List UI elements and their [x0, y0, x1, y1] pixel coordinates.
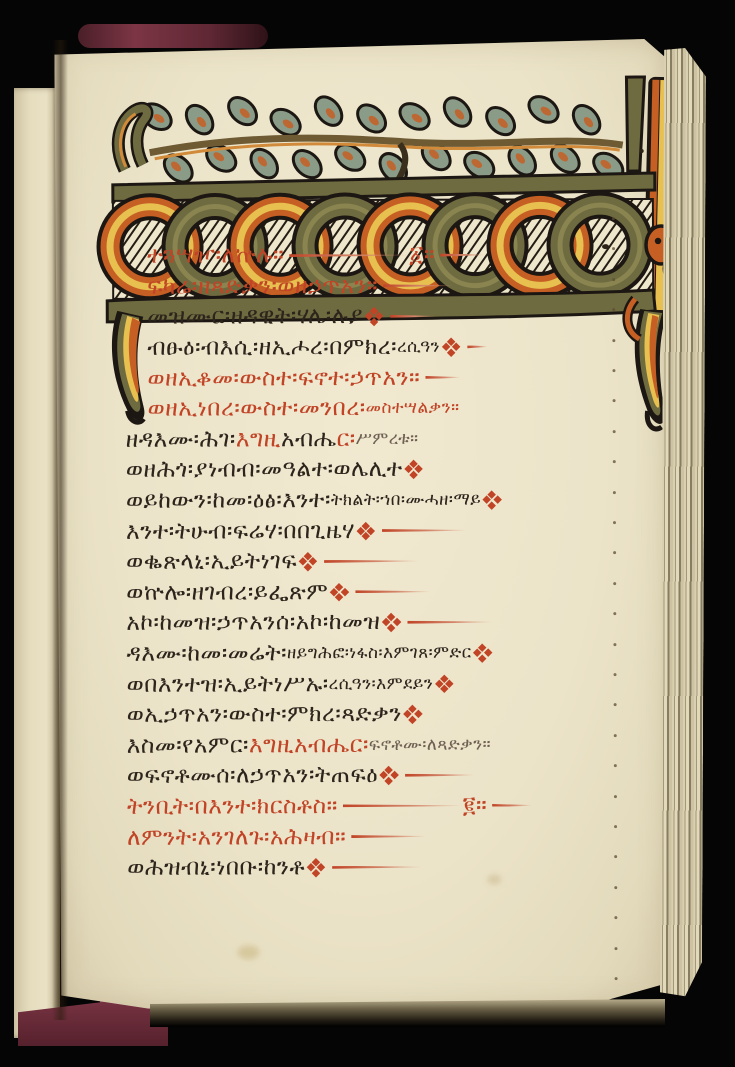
text-line: ወፍኖቶሙሰ፡ለኃጥአን፡ትጠፍዕ — [127, 759, 689, 792]
cross-separator-icon — [358, 523, 374, 539]
red-flourish-stroke — [324, 560, 419, 563]
pricking-hole — [614, 886, 617, 889]
leaflet — [589, 148, 628, 184]
text-line: አኮ፡ከመዝ፡ኃጥአንሰ፡አኮ፡ከመዝ — [126, 606, 688, 639]
pricking-hole — [614, 673, 617, 676]
text-line: ብፁዕ፡ብእሲ፡ዘኢሖረ፡በምክረ፡ረሲዓን — [125, 331, 687, 364]
pricking-hole — [612, 339, 615, 342]
leaflet — [546, 140, 584, 178]
text-line: ወይከውን፡ከመ፡ዕፅ፡እንተ፡ትክልት፡ኀበ፡ሙሓዘ፡ማይ — [126, 484, 688, 517]
text-line: ዘዳእሙ፡ሕገ፡እግዚአብሔር፡ሥምረቱ። — [126, 422, 688, 455]
text-line: እስመ፡የአምር፡እግዚአብሔር፡ፍኖቶሙ፡ለጻድቃን። — [127, 728, 689, 761]
red-flourish-stroke — [351, 835, 426, 838]
cross-separator-icon — [436, 675, 452, 691]
cross-separator-icon — [443, 339, 459, 355]
manuscript-photo-stage: 5 ተጓሣዦ፡ለኵሉ።፩።ፍካሬ፡ዘጻድቃን፡ወዘኃጥአን።መዝሙር፡ዘዳዊት፡… — [0, 0, 735, 1067]
leaflet — [331, 139, 370, 175]
text-line: መዝሙር፡ዘዳዊት፡ሃሌ፡ሉያ — [125, 300, 687, 333]
leaflet — [395, 98, 434, 134]
red-flourish-stroke — [382, 529, 467, 532]
leaflet — [266, 104, 305, 140]
text-line: ወቈጽላኒ፡ኢይትነገፍ — [126, 545, 688, 578]
red-flourish-stroke — [332, 865, 422, 868]
text-line: ወበእንተዝ፡ኢይትነሥኡ፡ረሲዓን፡እምደይን — [127, 667, 689, 700]
leaflet — [417, 137, 455, 175]
text-line: ወዘኢቆመ፡ውስተ፡ፍኖተ፡ኃጥአን። — [125, 361, 687, 394]
text-segment: እግዚአብሔር፡ — [249, 732, 369, 758]
text-segment: ወኵሎ፡ዘገብረ፡ይፌጽም — [126, 579, 328, 606]
text-line: እንተ፡ትሁብ፡ፍሬሃ፡በበጊዜሃ — [126, 514, 688, 547]
parchment-stain — [237, 945, 259, 959]
pricking-hole — [614, 947, 617, 950]
cross-separator-icon — [484, 492, 500, 508]
pricking-hole — [613, 521, 616, 524]
text-segment: እግዚ — [236, 426, 281, 452]
cross-separator-icon — [381, 767, 397, 783]
text-segment: ረሲዓን — [397, 337, 440, 357]
red-flourish-stroke — [467, 345, 487, 348]
leaf-frond — [137, 91, 628, 188]
text-segment: ወኢኃጥአን፡ውስተ፡ምክረ፡ጻድቃን — [127, 701, 402, 728]
pricking-hole — [612, 369, 615, 372]
leaflet — [223, 92, 261, 130]
leaflet — [504, 141, 541, 180]
pricking-hole — [614, 795, 617, 798]
cross-separator-icon — [308, 859, 324, 875]
leaflet — [352, 100, 390, 138]
pricking-hole — [614, 734, 617, 737]
red-flourish-stroke — [407, 620, 492, 623]
leaflet — [202, 140, 241, 176]
text-line: ፍካሬ፡ዘጻድቃን፡ወዘኃጥአን። — [125, 269, 687, 302]
leaflet — [568, 100, 605, 139]
text-segment: ወዘኢቆመ፡ውስተ፡ፍኖተ፡ኃጥአን። — [147, 364, 420, 391]
pricking-hole — [612, 217, 615, 220]
text-segment: ፍኖቶሙ፡ለጻድቃን። — [369, 734, 491, 754]
leaflet — [246, 144, 283, 183]
text-line: ወዘሕጎ፡ያነብብ፡መዓልተ፡ወሌሊተ — [126, 453, 688, 486]
text-segment: ዳእሙ፡ከመ፡መሬት፡ — [126, 640, 287, 667]
red-flourish-stroke — [405, 773, 475, 776]
red-flourish-stroke — [390, 315, 435, 318]
leaflet — [481, 102, 519, 140]
leaflet — [439, 93, 476, 132]
pricking-hole — [614, 825, 617, 828]
text-segment: ወይከውን፡ከመ፡ዕፅ፡እንተ፡ — [126, 487, 331, 514]
leaflet — [375, 148, 412, 187]
text-segment: ትክልት፡ኀበ፡ሙሓዘ፡ማይ — [331, 490, 481, 511]
pricking-hole — [613, 582, 616, 585]
cross-separator-icon — [405, 706, 421, 722]
text-segment: እንተ፡ትሁብ፡ፍሬሃ፡በበጊዜሃ — [126, 518, 355, 545]
leaflet — [159, 149, 197, 187]
text-line: ለምንት፡አንገለጉ፡አሕዛብ። — [127, 820, 689, 853]
text-segment: ወፍኖቶሙሰ፡ለኃጥአን፡ትጠፍዕ — [127, 762, 378, 789]
text-segment: ር፡ — [337, 426, 356, 452]
parchment-stain — [487, 875, 501, 885]
text-segment: መዝሙር፡ዘዳዊት፡ሃሌ፡ሉያ — [147, 303, 363, 330]
cross-separator-icon — [331, 584, 347, 600]
red-flourish-stroke — [425, 376, 460, 379]
red-flourish-stroke — [355, 590, 430, 593]
cross-separator-icon — [383, 614, 399, 630]
text-line: ወኵሎ፡ዘገብረ፡ይፌጽም — [126, 575, 688, 608]
fore-edge-page-stack — [660, 48, 706, 1000]
ink-speck — [602, 244, 609, 249]
text-segment: ወዘኢነበረ፡ውስተ፡መንበረ፡ — [148, 395, 366, 422]
binding-cloth-top — [78, 24, 268, 48]
text-segment: ወዘሕጎ፡ያነብብ፡መዓልተ፡ወሌሊተ — [126, 456, 403, 483]
cross-separator-icon — [300, 553, 316, 569]
text-segment: ተጓሣዦ፡ለኵሉ። — [147, 243, 284, 269]
cross-separator-icon — [406, 461, 422, 477]
text-line: ዳእሙ፡ከመ፡መሬት፡ዘይግሕፎ፡ነፋስ፡እምገጸ፡ምድር — [126, 637, 688, 670]
pricking-hole — [613, 491, 616, 494]
leaflet — [460, 147, 499, 183]
gutter-shadow — [52, 40, 68, 1020]
text-segment: ብፁዕ፡ብእሲ፡ዘኢሖረ፡በምክረ፡ — [147, 334, 397, 361]
red-flourish-stroke — [383, 284, 453, 287]
cross-separator-icon — [366, 308, 382, 324]
red-flourish-stroke — [289, 254, 409, 257]
text-segment: ወበእንተዝ፡ኢይትነሥኡ፡ — [127, 671, 329, 698]
pricking-hole — [614, 916, 617, 919]
text-line: ወዘኢነበረ፡ውስተ፡መንበረ፡መስተሣልቃን። — [126, 392, 688, 425]
leaflet — [181, 100, 218, 139]
text-line: ወኢኃጥአን፡ውስተ፡ምክረ፡ጻድቃን — [127, 698, 689, 731]
psalm-number: ፩። — [409, 242, 435, 268]
leaflet — [524, 91, 563, 127]
text-segment: ሥምረቱ። — [356, 429, 419, 449]
text-segment: ለምንት፡አንገለጉ፡አሕዛብ። — [127, 824, 346, 851]
text-block: ተጓሣዦ፡ለኵሉ።፩።ፍካሬ፡ዘጻድቃን፡ወዘኃጥአን።መዝሙር፡ዘዳዊት፡ሃሌ… — [125, 239, 689, 883]
leaflet — [288, 145, 326, 183]
pricking-hole — [613, 430, 616, 433]
red-flourish-stroke — [343, 804, 463, 807]
ink-speck — [640, 149, 644, 153]
text-segment: ዘዳእሙ፡ሕገ፡ — [126, 426, 236, 452]
pricking-hole — [613, 643, 616, 646]
red-flourish-stroke — [440, 253, 485, 256]
text-segment: መስተሣልቃን። — [366, 398, 460, 418]
text-segment: ወሕዝብኒ፡ነበቡ፡ከንቶ — [127, 854, 305, 881]
red-flourish-stroke — [492, 804, 532, 807]
pricking-hole — [615, 977, 618, 980]
text-segment: እስመ፡የአምር፡ — [127, 732, 249, 758]
text-segment: ወቈጽላኒ፡ኢይትነገፍ — [126, 548, 297, 575]
text-line: ትንቢት፡በእንተ፡ክርስቶስ።፪። — [127, 790, 667, 822]
text-segment: አብሔ — [281, 426, 337, 452]
text-segment: ረሲዓን፡እምደይን — [329, 673, 434, 693]
text-segment: ትንቢት፡በእንተ፡ክርስቶስ። — [127, 793, 338, 820]
text-segment: ዘይግሕፎ፡ነፋስ፡እምገጸ፡ምድር — [287, 643, 472, 664]
manuscript-page: 5 ተጓሣዦ፡ለኵሉ።፩።ፍካሬ፡ዘጻድቃን፡ወዘኃጥአን።መዝሙር፡ዘዳዊት፡… — [54, 39, 669, 1009]
cross-separator-icon — [475, 645, 491, 661]
text-segment: ፍካሬ፡ዘጻድቃን፡ወዘኃጥአን። — [147, 273, 378, 300]
leaflet — [137, 99, 176, 135]
leaflet — [310, 92, 347, 131]
psalm-number: ፪። — [463, 793, 487, 819]
text-line: ወሕዝብኒ፡ነበቡ፡ከንቶ — [127, 851, 689, 884]
text-segment: አኮ፡ከመዝ፡ኃጥአንሰ፡አኮ፡ከመዝ — [126, 609, 380, 636]
pricking-hole — [612, 278, 615, 281]
